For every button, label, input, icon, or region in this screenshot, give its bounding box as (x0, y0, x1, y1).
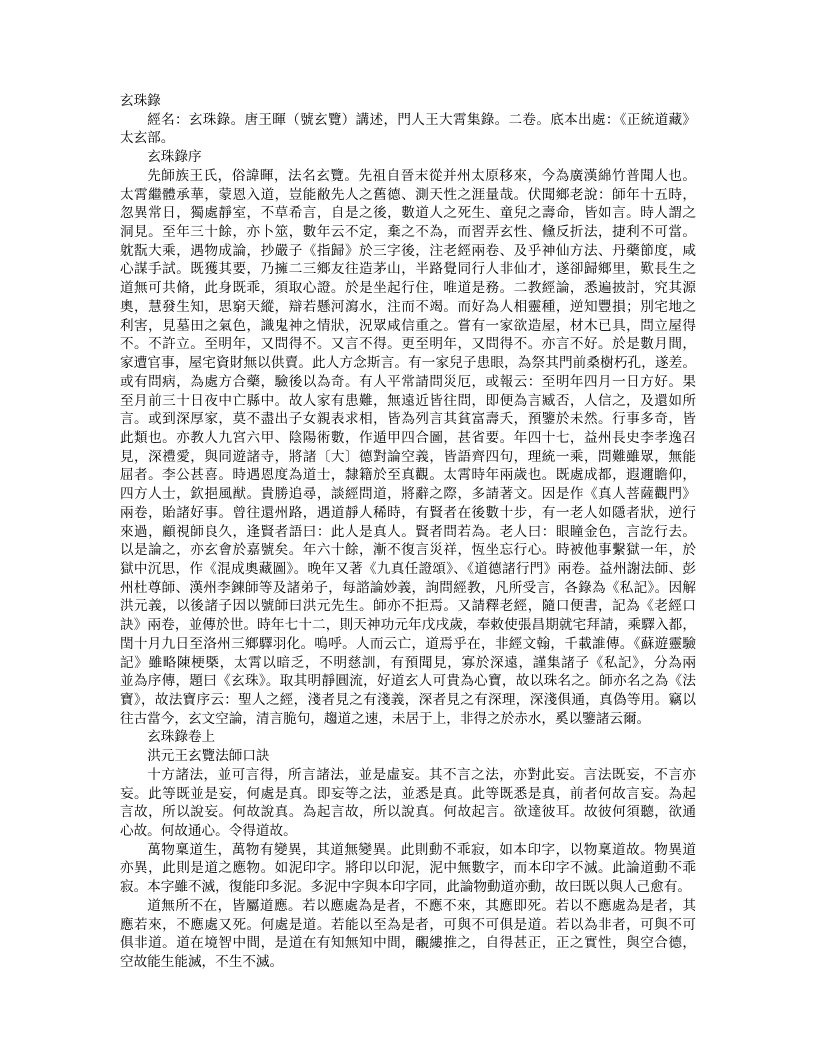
body-paragraph: 十方諸法，並可言得，所言諸法，並是虛妄。其不言之法，亦對此妄。言法既妄，不言亦 … (120, 766, 696, 841)
text-line: 十方諸法，並可言得，所言諸法，並是虛妄。其不言之法，亦對此妄。言法既妄，不言亦 (120, 766, 696, 785)
text-line: 以是論之，亦玄會於嘉號矣。年六十餘，漸不復言災祥，恆坐忘行心。時被他事繫獄一年，… (120, 541, 696, 560)
text-line: 往古當今，玄文空論，清言脆句，趨道之速，未居于上，非得之於赤水，奚以鑒諸云爾。 (120, 710, 696, 729)
body-paragraph: 萬物稟道生，萬物有變異，其道無變異。此則動不乖寂，如本印字，以物稟道故。物異道 … (120, 841, 696, 897)
text-line: 閏十月九日至洛州三鄉驛羽化。嗚呼。人而云亡，道焉乎在，非經文翰，千載誰傳。《蘇遊… (120, 635, 696, 654)
text-line: 妄。此等既並是妄，何處是真。即妄等之法，並悉是真。此等既悉是真，前者何故言妄。為… (120, 785, 696, 804)
text-line: 言。或到深厚家，莫不盡出子女親表求相，皆為列言其貧富壽夭，預鑒於未然。行事多奇，… (120, 410, 696, 429)
preface-heading: 玄珠錄序 (120, 148, 696, 167)
preface-paragraph: 先師族王氏，俗諱暉，法名玄覽。先祖自晉末從并州太原移來，今為廣漢綿竹普聞人也。 … (120, 167, 696, 729)
text-line: 或有問病，為處方合藥，驗後以為奇。有人平常請問災厄，或報云：至明年四月一日方好。… (120, 373, 696, 392)
text-line: 道無所不在，皆屬道應。若以應處為是者，不應不來，其應即死。若以不應處為是者，其 (120, 897, 696, 916)
text-line: 獄中沉思，作《混成奧藏圖》。晚年又著《九真任證頌》、《道德諸行門》兩卷。益州謝法… (120, 560, 696, 579)
text-line: 亦異，此則是道之應物。如泥印字。將印以印泥，泥中無數字，而本印字不滅。此論道動不… (120, 859, 696, 878)
body-paragraph: 道無所不在，皆屬道應。若以應處為是者，不應不來，其應即死。若以不應處為是者，其 … (120, 897, 696, 972)
text-line: 四方人士，欽挹風猷。貴勝追尋，談經問道，將辭之際，多請著文。因是作《真人菩薩觀門… (120, 485, 696, 504)
text-line: 言故，所以說妄。何故說真。為起言故，所以說真。何故起言。欲達彼耳。故彼何須聽，欲… (120, 803, 696, 822)
text-line: 空故能生能滅，不生不滅。 (120, 953, 696, 972)
text-line: 洪元義，以後諸子因以號師曰洪元先生。師亦不拒焉。又請釋老經，隨口便書，記為《老經… (120, 597, 696, 616)
text-line: 至月前三十日夜中亡縣中。故人家有患難，無遠近皆往問，即便為言臧否，人信之，及還如… (120, 392, 696, 411)
text-line: 家遭官事，屋宅資財無以供賣。此人方念斯言。有一家兒子患眼，為祭其門前桑樹朽孔，遂… (120, 354, 696, 373)
text-line: 忽異常日，獨處靜室，不草希言，自是之後，數道人之死生、童兒之壽命，皆如言。時人謂… (120, 204, 696, 223)
text-line: 來過，顧視師良久，逢賢者語曰：此人是真人。賢者問若為。老人曰：眼瞳金色，言訖行去… (120, 523, 696, 542)
document-page: 玄珠錄 經名：玄珠錄。唐王暉（號玄覽）講述，門人王大霄集錄。二卷。底本出處：《正… (120, 92, 696, 972)
text-line: 道無可共脩，此身既乖，須取心證。於是坐起行住，唯道是務。二教經論，悉遍披討，究其… (120, 279, 696, 298)
text-line: 此類也。亦教人九宮六甲、陰陽術數，作遁甲四合圖，甚省要。年四十七，益州長史李孝逸… (120, 429, 696, 448)
section-subheading: 洪元王玄覽法師口訣 (120, 747, 696, 766)
description-line: 太玄部。 (120, 129, 696, 148)
description-line: 經名：玄珠錄。唐王暉（號玄覽）講述，門人王大霄集錄。二卷。底本出處：《正統道藏》 (120, 111, 696, 130)
text-line: 萬物稟道生，萬物有變異，其道無變異。此則動不乖寂，如本印字，以物稟道故。物異道 (120, 841, 696, 860)
text-line: 州杜尊師、漢州李鍊師等及諸弟子，每諮論妙義，詢問經教，凡所受言，各錄為《私記》。… (120, 579, 696, 598)
text-line: 訣》兩卷，並傳於世。時年七十二，則天神功元年戊戌歲，奉敕使張昌期就宅拜請，乘驛入… (120, 616, 696, 635)
text-line: 躭翫大乘，遇物成論，抄嚴子《指歸》於三字後，注老經兩卷、及乎神仙方法、丹藥節度，… (120, 242, 696, 261)
volume-heading: 玄珠錄卷上 (120, 728, 696, 747)
text-line: 記》雖略陳梗槩，太霄以暗乏，不明慈訓，有預聞見，寡於深遠，謹集諸子《私記》，分為… (120, 654, 696, 673)
text-line: 並為序傳，題曰《玄珠》。取其明靜圓流，好道玄人可貴為心寶，故以珠名之。師亦名之為… (120, 672, 696, 691)
text-line: 心謀手試。既獲其要，乃擁二三鄉友往造茅山，半路覺同行人非仙才，遂卻歸鄉里，歎長生… (120, 260, 696, 279)
text-line: 奧，慧發生知，思窮天縱，辯若懸河瀉水，注而不竭。而好為人相靈種，逆知豐損；別宅地… (120, 298, 696, 317)
text-line: 俱非道。道在境智中間，是道在有知無知中間，覼縷推之，自得甚正，正之實性，與空合德… (120, 934, 696, 953)
text-line: 先師族王氏，俗諱暉，法名玄覽。先祖自晉末從并州太原移來，今為廣漢綿竹普聞人也。 (120, 167, 696, 186)
text-line: 應若來，不應處又死。何處是道。若能以至為是者，可與不可俱是道。若以為非者，可與不… (120, 916, 696, 935)
text-line: 寶》，故法寶序云：聖人之經，淺者見之有淺義，深者見之有深理，深淺俱通，真偽等用。… (120, 691, 696, 710)
text-line: 見，深禮愛，與同遊諸寺，將諸〔大〕德對論空義，皆語齊四句，理統一乘，問難雖眾，無… (120, 448, 696, 467)
text-line: 洞見。至年三十餘，亦卜筮，數年云不定，棄之不為，而習弄玄性、儵反折法，捷利不可當… (120, 223, 696, 242)
text-line: 利害，見墓田之氣色，識鬼神之情狀，況眾咸信重之。嘗有一家欲造屋，材木已具，問立屋… (120, 317, 696, 336)
text-line: 心故。何故通心。令得道故。 (120, 822, 696, 841)
text-line: 兩卷，貽諸好事。曾往還州路，遇道靜人稀時，有賢者在後數十步，有一老人如隱者狀，逆… (120, 504, 696, 523)
text-line: 太霄繼體承華，蒙恩入道，豈能敝先人之舊德、測天性之涯量哉。伏聞鄉老說：師年十五時… (120, 186, 696, 205)
text-line: 屈者。李公甚喜。時遇恩度為道士，隸籍於至真觀。太霄時年兩歲也。既處成都，遐邇瞻仰… (120, 466, 696, 485)
document-title: 玄珠錄 (120, 92, 696, 111)
text-line: 寂。本字雖不滅，復能印多泥。多泥中字與本印字同，此論物動道亦動，故曰既以與人己愈… (120, 878, 696, 897)
text-line: 不。不許立。至明年，又問得不。又言不得。更至明年，又問得不。亦言不好。於是數月間… (120, 335, 696, 354)
